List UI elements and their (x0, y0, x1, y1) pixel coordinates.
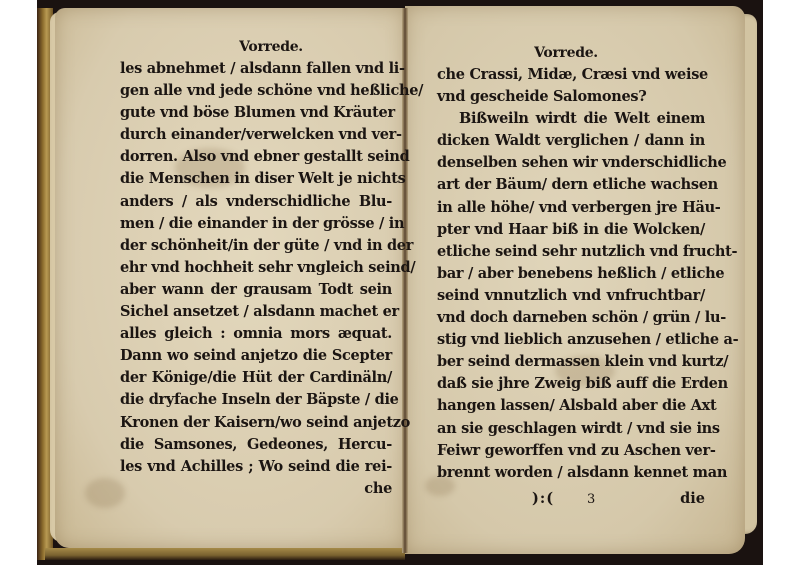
signature-mark: ):( (532, 490, 554, 507)
text-line: der schönheit/in der güte / vnd in der (120, 235, 392, 257)
text-line: denselben sehen wir vnderschidliche (437, 152, 705, 174)
paragraph-start-line: Bißweiln wirdt die Welt einem (437, 108, 705, 130)
running-head: Vorrede. (120, 36, 392, 58)
text-line: gute vnd böse Blumen vnd Kräuter (120, 102, 392, 124)
text-line: men / die einander in der grösse / in (120, 213, 392, 235)
text-line: Kronen der Kaisern/wo seind anjetzo (120, 412, 392, 434)
stain (85, 478, 125, 508)
text-line: die Menschen in diser Welt je nichts (120, 168, 392, 190)
text-line: vnd doch darneben schön / grün / lu- (437, 307, 705, 329)
right-page-text: Vorrede. che Crassi, Midæ, Cræsi vnd wei… (437, 42, 705, 484)
text-line: hangen lassen/ Alsbald aber die Axt (437, 395, 705, 417)
text-line: etliche seind sehr nutzlich vnd frucht- (437, 241, 705, 263)
left-page-text: Vorrede. les abnehmet / alsdann fallen v… (120, 36, 392, 500)
text-line: die Samsones, Gedeones, Hercu- (120, 434, 392, 456)
text-line: ehr vnd hochheit sehr vngleich seind/ (120, 257, 392, 279)
page-number: 3 (587, 492, 595, 507)
text-line: dorren. Also vnd ebner gestallt seind (120, 146, 392, 168)
text-line: dicken Waldt verglichen / dann in (437, 130, 705, 152)
right-page-footer: ):( 3 die (437, 490, 705, 512)
text-line: les vnd Achilles ; Wo seind die rei- (120, 456, 392, 478)
text-line: durch einander/verwelcken vnd ver- (120, 124, 392, 146)
text-line: vnd gescheide Salomones? (437, 86, 705, 108)
text-line: stig vnd lieblich anzusehen / etliche a- (437, 329, 705, 351)
text-line: brennt worden / alsdann kennet man (437, 462, 705, 484)
text-line: che Crassi, Midæ, Cræsi vnd weise (437, 64, 705, 86)
text-line: bar / aber benebens heßlich / etliche (437, 263, 705, 285)
text-line: seind vnnutzlich vnd vnfruchtbar/ (437, 285, 705, 307)
text-line: in alle höhe/ vnd verbergen jre Häu- (437, 197, 705, 219)
text-line: les abnehmet / alsdann fallen vnd li- (120, 58, 392, 80)
text-line: Sichel ansetzet / alsdann machet er (120, 301, 392, 323)
catchword: die (680, 490, 705, 507)
text-line: Feiwr geworffen vnd zu Aschen ver- (437, 440, 705, 462)
text-line: anders / als vnderschidliche Blu- (120, 191, 392, 213)
text-line: der Könige/die Hüt der Cardinäln/ (120, 367, 392, 389)
running-head: Vorrede. (427, 42, 705, 64)
text-line: gen alle vnd jede schöne vnd heßliche/ (120, 80, 392, 102)
text-line: die dryfache Inseln der Bäpste / die (120, 389, 392, 411)
text-line: ber seind dermassen klein vnd kurtz/ (437, 351, 705, 373)
catchword: che (120, 478, 392, 500)
text-line: Dann wo seind anjetzo die Scepter (120, 345, 392, 367)
text-line: pter vnd Haar biß in die Wolcken/ (437, 219, 705, 241)
text-line: daß sie jhre Zweig biß auff die Erden (437, 373, 705, 395)
cover-edge-bottom (45, 548, 405, 560)
text-line: alles gleich : omnia mors æquat. (120, 323, 392, 345)
text-line: art der Bäum/ dern etliche wachsen (437, 174, 705, 196)
text-line: an sie geschlagen wirdt / vnd sie ins (437, 418, 705, 440)
text-line: aber wann der grausam Todt sein (120, 279, 392, 301)
